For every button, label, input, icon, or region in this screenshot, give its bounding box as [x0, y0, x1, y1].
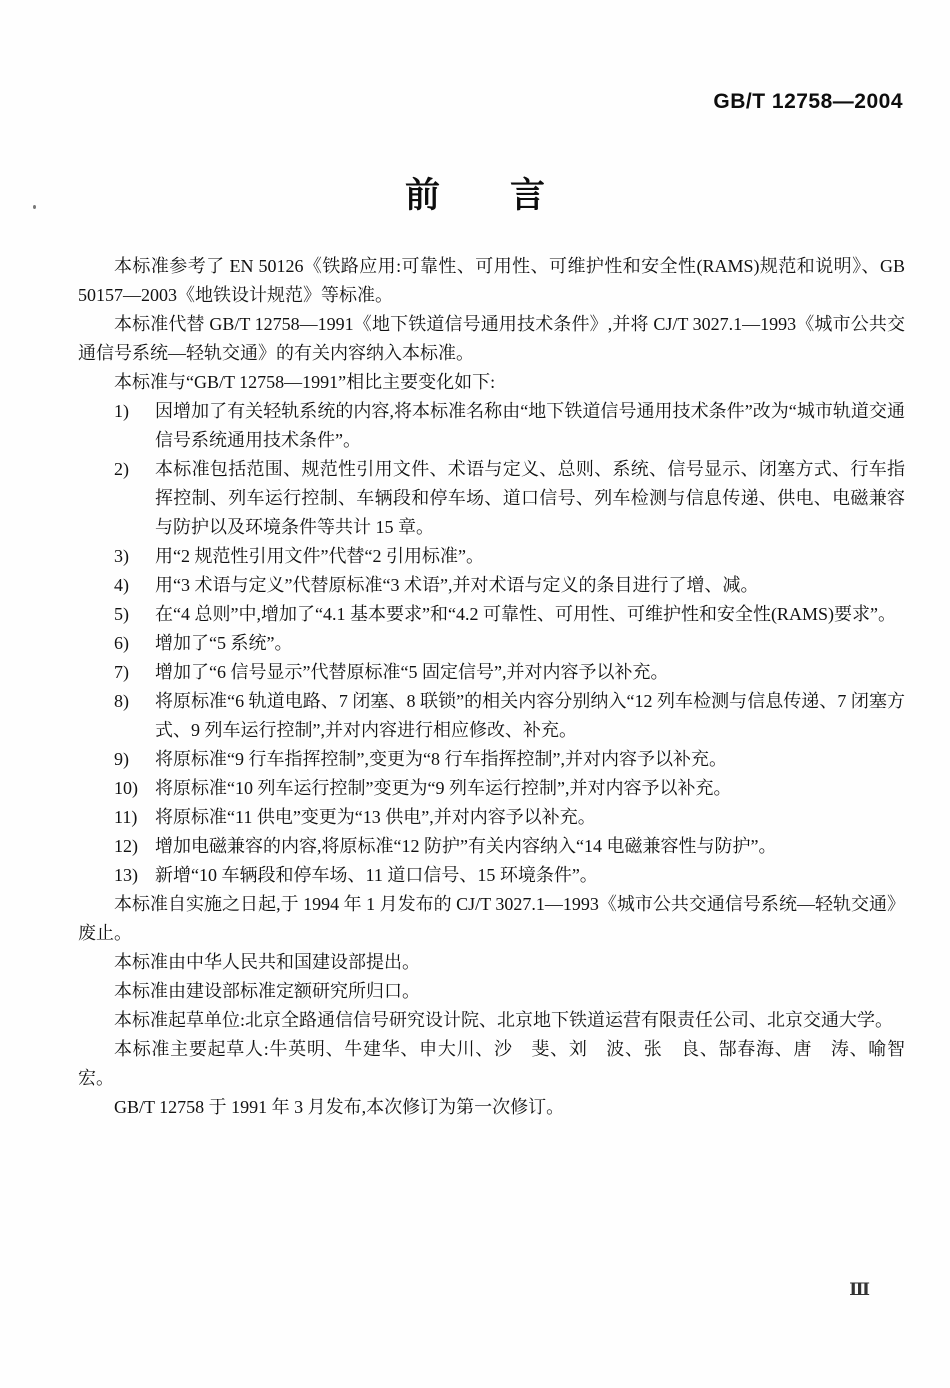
change-item-number: 10) — [114, 774, 155, 803]
change-item-text: 将原标准“10 列车运行控制”变更为“9 列车运行控制”,并对内容予以补充。 — [155, 774, 905, 803]
change-item-text: 新增“10 车辆段和停车场、11 道口信号、15 环境条件”。 — [155, 861, 905, 890]
change-item: 13)新增“10 车辆段和停车场、11 道口信号、15 环境条件”。 — [78, 861, 905, 890]
change-item-text: 将原标准“11 供电”变更为“13 供电”,并对内容予以补充。 — [155, 803, 905, 832]
page-number: Ⅲ — [849, 1280, 870, 1300]
paragraph: 本标准起草单位:北京全路通信信号研究设计院、北京地下铁道运营有限责任公司、北京交… — [78, 1006, 905, 1035]
change-item-number: 4) — [114, 571, 155, 600]
change-item: 1)因增加了有关轻轨系统的内容,将本标准名称由“地下铁道信号通用技术条件”改为“… — [78, 397, 905, 455]
closing-paragraphs: 本标准自实施之日起,于 1994 年 1 月发布的 CJ/T 3027.1—19… — [78, 890, 905, 1122]
change-item-number: 5) — [114, 600, 155, 629]
change-item-text: 用“2 规范性引用文件”代替“2 引用标准”。 — [155, 542, 905, 571]
paragraph: 本标准代替 GB/T 12758—1991《地下铁道信号通用技术条件》,并将 C… — [78, 310, 905, 368]
paragraph: 本标准由中华人民共和国建设部提出。 — [78, 948, 905, 977]
change-item: 10)将原标准“10 列车运行控制”变更为“9 列车运行控制”,并对内容予以补充… — [78, 774, 905, 803]
intro-paragraphs: 本标准参考了 EN 50126《铁路应用:可靠性、可用性、可维护性和安全性(RA… — [78, 252, 905, 397]
paragraph: 本标准与“GB/T 12758—1991”相比主要变化如下: — [78, 368, 905, 397]
change-item-number: 2) — [114, 455, 155, 484]
change-item: 6)增加了“5 系统”。 — [78, 629, 905, 658]
change-item-number: 3) — [114, 542, 155, 571]
paragraph: 本标准参考了 EN 50126《铁路应用:可靠性、可用性、可维护性和安全性(RA… — [78, 252, 905, 310]
paragraph: 本标准由建设部标准定额研究所归口。 — [78, 977, 905, 1006]
change-item: 4)用“3 术语与定义”代替原标准“3 术语”,并对术语与定义的条目进行了增、减… — [78, 571, 905, 600]
change-item-number: 7) — [114, 658, 155, 687]
page-title: 前 言 — [0, 168, 950, 218]
change-item: 5)在“4 总则”中,增加了“4.1 基本要求”和“4.2 可靠性、可用性、可维… — [78, 600, 905, 629]
change-item: 7)增加了“6 信号显示”代替原标准“5 固定信号”,并对内容予以补充。 — [78, 658, 905, 687]
paragraph: 本标准主要起草人:牛英明、牛建华、申大川、沙 斐、刘 波、张 良、郜春海、唐 涛… — [78, 1035, 905, 1093]
document-page: GB/T 12758—2004 前 言 本标准参考了 EN 50126《铁路应用… — [0, 0, 950, 1388]
paragraph: GB/T 12758 于 1991 年 3 月发布,本次修订为第一次修订。 — [78, 1093, 905, 1122]
change-item-number: 13) — [114, 861, 155, 890]
standard-code: GB/T 12758—2004 — [713, 90, 903, 114]
change-item-text: 用“3 术语与定义”代替原标准“3 术语”,并对术语与定义的条目进行了增、减。 — [155, 571, 905, 600]
change-item: 8)将原标准“6 轨道电路、7 闭塞、8 联锁”的相关内容分别纳入“12 列车检… — [78, 687, 905, 745]
change-item: 12)增加电磁兼容的内容,将原标准“12 防护”有关内容纳入“14 电磁兼容性与… — [78, 832, 905, 861]
change-item-text: 因增加了有关轻轨系统的内容,将本标准名称由“地下铁道信号通用技术条件”改为“城市… — [155, 397, 905, 455]
change-item: 3)用“2 规范性引用文件”代替“2 引用标准”。 — [78, 542, 905, 571]
changes-list: 1)因增加了有关轻轨系统的内容,将本标准名称由“地下铁道信号通用技术条件”改为“… — [78, 397, 905, 890]
change-item: 2)本标准包括范围、规范性引用文件、术语与定义、总则、系统、信号显示、闭塞方式、… — [78, 455, 905, 542]
change-item-number: 6) — [114, 629, 155, 658]
change-item-number: 11) — [114, 803, 155, 832]
body-content: 本标准参考了 EN 50126《铁路应用:可靠性、可用性、可维护性和安全性(RA… — [78, 252, 905, 1122]
change-item-number: 12) — [114, 832, 155, 861]
paragraph: 本标准自实施之日起,于 1994 年 1 月发布的 CJ/T 3027.1—19… — [78, 890, 905, 948]
change-item-text: 在“4 总则”中,增加了“4.1 基本要求”和“4.2 可靠性、可用性、可维护性… — [155, 600, 905, 629]
change-item-number: 8) — [114, 687, 155, 716]
change-item-text: 本标准包括范围、规范性引用文件、术语与定义、总则、系统、信号显示、闭塞方式、行车… — [155, 455, 905, 542]
change-item-text: 将原标准“9 行车指挥控制”,变更为“8 行车指挥控制”,并对内容予以补充。 — [155, 745, 905, 774]
change-item-text: 增加了“6 信号显示”代替原标准“5 固定信号”,并对内容予以补充。 — [155, 658, 905, 687]
change-item-number: 1) — [114, 397, 155, 426]
change-item-text: 将原标准“6 轨道电路、7 闭塞、8 联锁”的相关内容分别纳入“12 列车检测与… — [155, 687, 905, 745]
change-item-number: 9) — [114, 745, 155, 774]
change-item-text: 增加电磁兼容的内容,将原标准“12 防护”有关内容纳入“14 电磁兼容性与防护”… — [155, 832, 905, 861]
change-item: 11)将原标准“11 供电”变更为“13 供电”,并对内容予以补充。 — [78, 803, 905, 832]
change-item-text: 增加了“5 系统”。 — [155, 629, 905, 658]
change-item: 9)将原标准“9 行车指挥控制”,变更为“8 行车指挥控制”,并对内容予以补充。 — [78, 745, 905, 774]
